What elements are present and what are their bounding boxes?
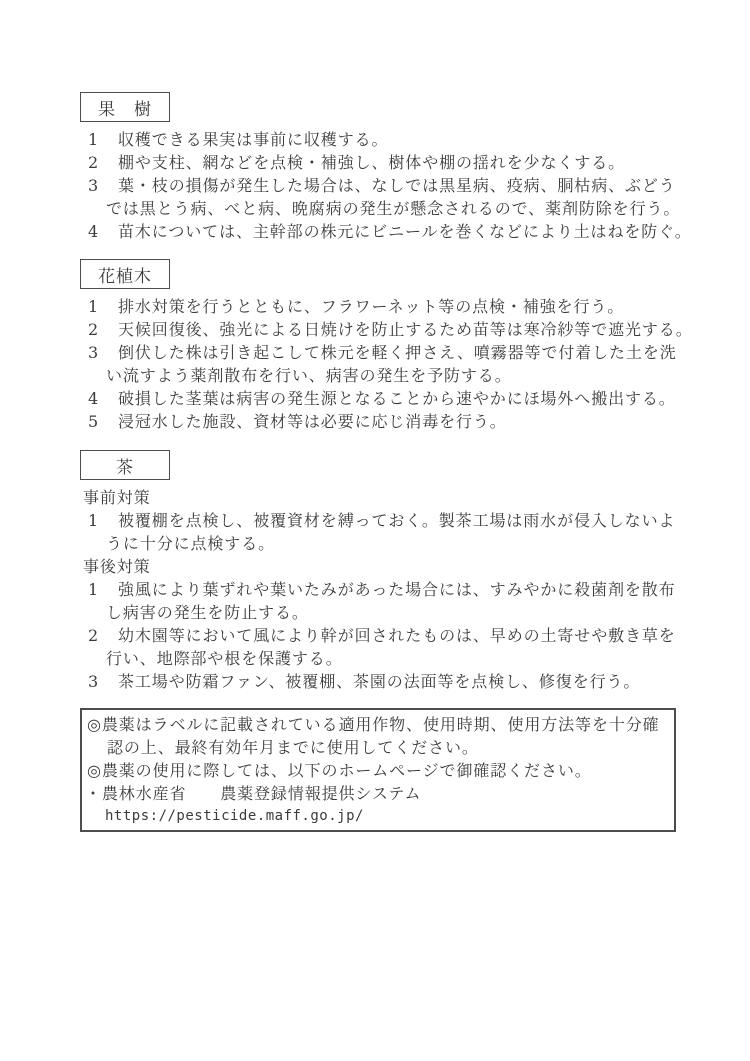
list-item: 1排水対策を行うとともに、フラワーネット等の点検・補強を行う。	[80, 295, 740, 318]
list-item: 3倒伏した株は引き起こして株元を軽く押さえ、噴霧器等で付着した土を洗	[80, 341, 740, 364]
section-fruit-trees: 果 樹 1収穫できる果実は事前に収穫する。 2棚や支柱、網などを点検・補強し、樹…	[80, 92, 740, 243]
list-item: 1強風により葉ずれや葉いたみがあった場合には、すみやかに殺菌剤を散布	[80, 578, 740, 601]
item-number: 1	[88, 128, 118, 151]
list-item-continuation: 行い、地際部や根を保護する。	[80, 647, 740, 670]
item-number: 1	[88, 578, 118, 601]
item-text: 強風により葉ずれや葉いたみがあった場合には、すみやかに殺菌剤を散布	[118, 580, 676, 599]
item-text: 被覆棚を点検し、被覆資材を縛っておく。製茶工場は雨水が侵入しないよ	[118, 511, 675, 530]
item-text: 苗木については、主幹部の株元にビニールを巻くなどにより土はねを防ぐ。	[118, 222, 692, 241]
tea-item-list: 事前対策 1被覆棚を点検し、被覆資材を縛っておく。製茶工場は雨水が侵入しないよ …	[80, 486, 740, 693]
list-item: 2天候回復後、強光による日焼けを防止するため苗等は寒冷紗等で遮光する。	[80, 318, 740, 341]
list-item: 2幼木園等において風により幹が回されたものは、早めの土寄せや敷き草を	[80, 624, 740, 647]
item-number: 3	[88, 670, 118, 693]
section-heading-flower: 花植木	[98, 262, 152, 287]
item-number: 2	[88, 318, 118, 341]
item-number: 1	[88, 509, 118, 532]
item-text: 破損した茎葉は病害の発生源となることから速やかにほ場外へ搬出する。	[118, 389, 676, 408]
flower-item-list: 1排水対策を行うとともに、フラワーネット等の点検・補強を行う。 2天候回復後、強…	[80, 295, 740, 433]
list-item: 3茶工場や防霜ファン、被覆棚、茶園の法面等を点検し、修復を行う。	[80, 670, 740, 693]
list-item-continuation: い流すよう薬剤散布を行い、病害の発生を予防する。	[80, 364, 740, 387]
section-flower-plants: 花植木 1排水対策を行うとともに、フラワーネット等の点検・補強を行う。 2天候回…	[80, 259, 740, 433]
item-text: 排水対策を行うとともに、フラワーネット等の点検・補強を行う。	[118, 297, 624, 316]
item-text: 茶工場や防霜ファン、被覆棚、茶園の法面等を点検し、修復を行う。	[118, 672, 640, 691]
list-item: 2棚や支柱、網などを点検・補強し、樹体や棚の揺れを少なくする。	[80, 151, 740, 174]
section-heading-box-tea: 茶	[80, 450, 170, 480]
document-content: 果 樹 1収穫できる果実は事前に収穫する。 2棚や支柱、網などを点検・補強し、樹…	[0, 0, 740, 832]
list-item: 1収穫できる果実は事前に収穫する。	[80, 128, 740, 151]
list-item-continuation: し病害の発生を防止する。	[80, 601, 740, 624]
section-heading-tea: 茶	[116, 453, 134, 478]
pesticide-notice-box: ◎農薬はラベルに記載されている適用作物、使用時期、使用方法等を十分確 認の上、最…	[80, 708, 676, 832]
item-number: 1	[88, 295, 118, 318]
tea-post-measures-heading: 事後対策	[80, 555, 740, 578]
item-number: 4	[88, 220, 118, 243]
section-tea: 茶 事前対策 1被覆棚を点検し、被覆資材を縛っておく。製茶工場は雨水が侵入しない…	[80, 450, 740, 693]
notice-line-continuation: 認の上、最終有効年月までに使用してください。	[82, 736, 674, 759]
list-item: 4苗木については、主幹部の株元にビニールを巻くなどにより土はねを防ぐ。	[80, 220, 740, 243]
item-text: 幼木園等において風により幹が回されたものは、早めの土寄せや敷き草を	[118, 626, 676, 645]
item-text: 収穫できる果実は事前に収穫する。	[118, 130, 388, 149]
list-item: 1被覆棚を点検し、被覆資材を縛っておく。製茶工場は雨水が侵入しないよ	[80, 509, 740, 532]
item-text: 倒伏した株は引き起こして株元を軽く押さえ、噴霧器等で付着した土を洗	[118, 343, 677, 362]
item-number: 4	[88, 387, 118, 410]
notice-line: ◎農薬はラベルに記載されている適用作物、使用時期、使用方法等を十分確	[82, 713, 674, 736]
item-number: 2	[88, 624, 118, 647]
tea-pre-measures-heading: 事前対策	[80, 486, 740, 509]
item-text: 浸冠水した施設、資材等は必要に応じ消毒を行う。	[118, 412, 507, 431]
document-page: 果 樹 1収穫できる果実は事前に収穫する。 2棚や支柱、網などを点検・補強し、樹…	[0, 0, 750, 1061]
item-text: 葉・枝の損傷が発生した場合は、なしでは黒星病、疫病、胴枯病、ぶどう	[118, 176, 676, 195]
fruit-item-list: 1収穫できる果実は事前に収穫する。 2棚や支柱、網などを点検・補強し、樹体や棚の…	[80, 128, 740, 243]
section-heading-box-fruit: 果 樹	[80, 92, 170, 122]
pesticide-system-url: https://pesticide.maff.go.jp/	[82, 805, 674, 828]
section-heading-box-flower: 花植木	[80, 259, 170, 289]
item-number: 3	[88, 341, 118, 364]
list-item-continuation: では黒とう病、べと病、晩腐病の発生が懸念されるので、薬剤防除を行う。	[80, 197, 740, 220]
section-heading-fruit: 果 樹	[98, 95, 152, 120]
list-item: 3葉・枝の損傷が発生した場合は、なしでは黒星病、疫病、胴枯病、ぶどう	[80, 174, 740, 197]
item-number: 3	[88, 174, 118, 197]
list-item: 5浸冠水した施設、資材等は必要に応じ消毒を行う。	[80, 410, 740, 433]
notice-source-line: ・農林水産省 農薬登録情報提供システム	[82, 782, 674, 805]
item-number: 2	[88, 151, 118, 174]
notice-line: ◎農薬の使用に際しては、以下のホームページで御確認ください。	[82, 759, 674, 782]
item-number: 5	[88, 410, 118, 433]
list-item-continuation: うに十分に点検する。	[80, 532, 740, 555]
item-text: 棚や支柱、網などを点検・補強し、樹体や棚の揺れを少なくする。	[118, 153, 625, 172]
item-text: 天候回復後、強光による日焼けを防止するため苗等は寒冷紗等で遮光する。	[118, 320, 693, 339]
list-item: 4破損した茎葉は病害の発生源となることから速やかにほ場外へ搬出する。	[80, 387, 740, 410]
